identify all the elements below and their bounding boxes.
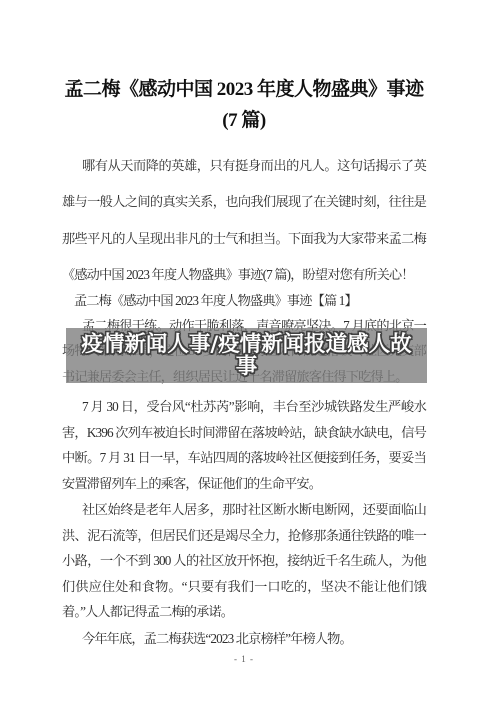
watermark-text: 疫情新闻人事/疫情新闻报道感人故事 bbox=[75, 334, 418, 377]
intro-paragraph: 哪有从天而降的英雄，只有挺身而出的凡人。这句话揭示了英雄与一般人之间的真实关系，… bbox=[62, 148, 426, 294]
document-title: 孟二梅《感动中国 2023 年度人物盛典》事迹(7 篇) bbox=[62, 0, 426, 136]
body-paragraph-3: 社区始终是老年人居多，那时社区断水断电断网，还要面临山洪、泥石流等，但居民们还是… bbox=[62, 497, 426, 625]
watermark-banner: 疫情新闻人事/疫情新闻报道感人故事 bbox=[66, 328, 427, 383]
body-paragraph-4: 今年年底，孟二梅获选“2023 北京榜样”年榜人物。 bbox=[62, 626, 426, 652]
body-paragraph-2: 7 月 30 日，受台风“杜苏芮”影响，丰台至沙城铁路发生严峻水害，K396 次… bbox=[62, 394, 426, 496]
page-number: - 1 - bbox=[62, 654, 426, 664]
document-page: 孟二梅《感动中国 2023 年度人物盛典》事迹(7 篇) 哪有从天而降的英雄，只… bbox=[0, 0, 500, 706]
